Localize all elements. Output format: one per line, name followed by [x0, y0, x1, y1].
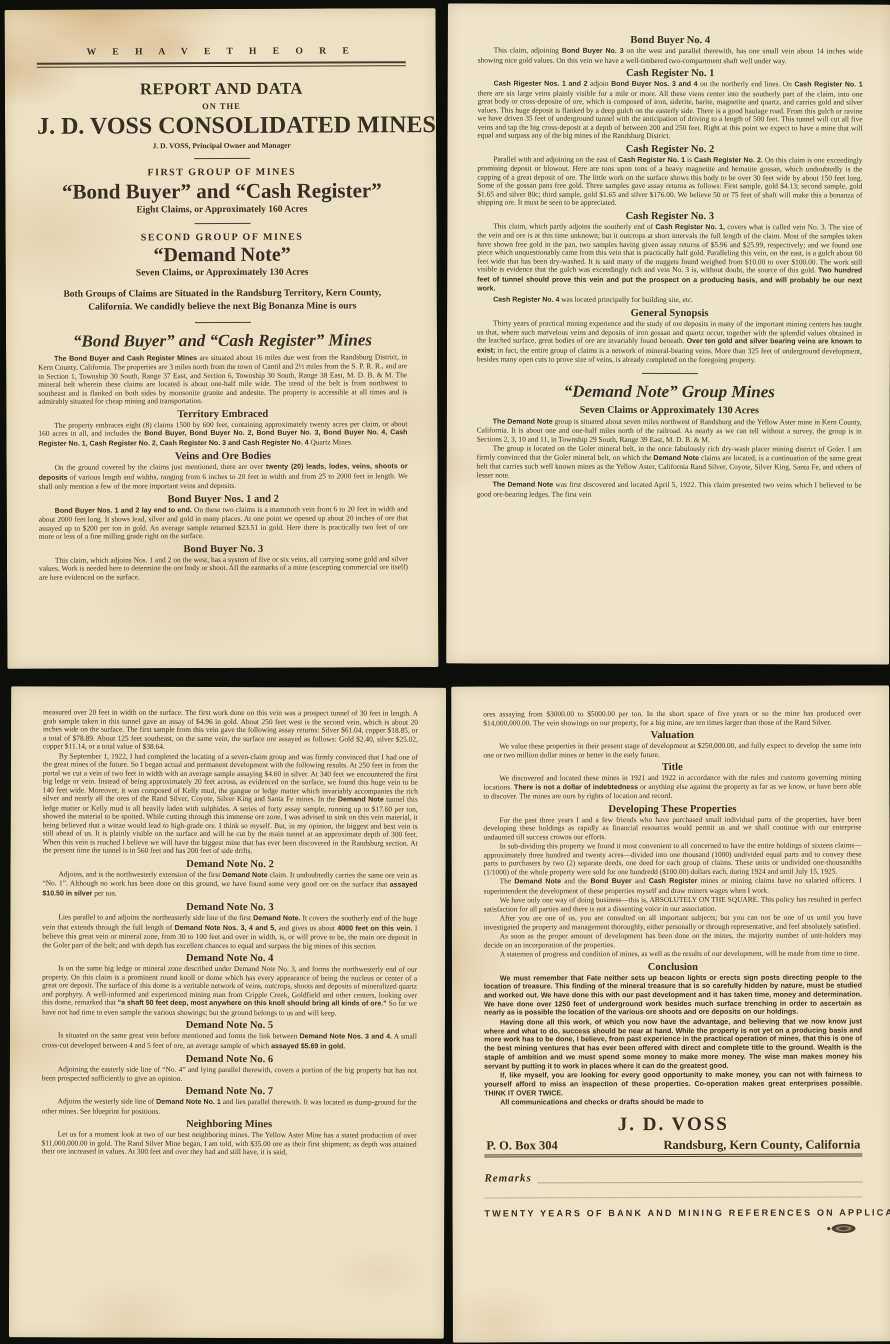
- paragraph: This claim, which adjoins Nos. 1 and 2 o…: [39, 555, 408, 582]
- paragraph: This claim, which partly adjoins the sou…: [477, 222, 862, 295]
- heading-conclusion: Conclusion: [484, 961, 862, 973]
- paragraph: The Bond Buyer and Cash Register Mines a…: [38, 353, 407, 407]
- address-text: Randsburg, Kern County, California: [663, 1138, 860, 1154]
- heading-cash-register-no-1: Cash Register No. 1: [478, 67, 863, 79]
- paragraph: Bond Buyer Nos. 1 and 2 lay end to end. …: [39, 505, 408, 542]
- section-divider-rule: [194, 321, 250, 322]
- page-4-content: ores assaying from $3000.00 to $5000.00 …: [451, 685, 890, 1239]
- paragraph: We value these properties in their prese…: [483, 742, 861, 760]
- group-title: “Demand Note”: [38, 243, 407, 268]
- paragraph: The Demand Note group is situated about …: [477, 417, 862, 445]
- page-scan-front-cover: W E H A V E T H E O R EREPORT AND DATAON…: [5, 8, 439, 669]
- paragraph: We must remember that Fate neither sets …: [484, 973, 862, 1018]
- paragraph: Thirty years of practical mining experie…: [477, 319, 862, 365]
- remarks-row: Remarks: [484, 1172, 862, 1185]
- paragraph: If, like myself, you are looking for eve…: [484, 1071, 862, 1098]
- remarks-blank-line: [538, 1181, 863, 1184]
- paragraph: The Demand Note and the Bond Buyer and C…: [484, 877, 862, 896]
- group-title: “Bond Buyer” and “Cash Register”: [37, 178, 406, 205]
- group-of-mines-label: FIRST GROUP OF MINES: [37, 166, 406, 179]
- paragraph: In sub-dividing this property we found i…: [484, 842, 862, 877]
- motto-text: W E H A V E T H E O R E: [37, 46, 406, 58]
- page-2-content: Bond Buyer No. 4This claim, adjoining Bo…: [447, 3, 890, 499]
- paragraph: The group is located on the Goler minera…: [477, 444, 862, 480]
- references-footer-line: TWENTY YEARS OF BANK AND MINING REFERENC…: [485, 1208, 863, 1219]
- section-divider-rule: [194, 223, 250, 224]
- remarks-label: Remarks: [484, 1172, 531, 1184]
- heading-demand-note-no-2: Demand Note No. 2: [43, 858, 418, 870]
- paragraph: Lies parallel to and adjoins the northea…: [42, 913, 417, 950]
- paragraph: As soon as the proper amount of developm…: [484, 932, 862, 950]
- paragraph: ores assaying from $3000.00 to $5000.00 …: [483, 710, 861, 728]
- paragraph: measured over 20 feet in width on the su…: [43, 708, 418, 752]
- heading-cash-register-no-2: Cash Register No. 2: [477, 143, 862, 155]
- heading-demand-note-group-mines: “Demand Note” Group Mines: [477, 381, 862, 402]
- paragraph: This claim, adjoining Bond Buyer No. 3 o…: [478, 46, 863, 65]
- paragraph: Is on the same big ledge or mineral zone…: [42, 964, 417, 1017]
- paragraph: Adjoins the westerly side line of Demand…: [42, 1097, 417, 1116]
- group-of-mines-label: SECOND GROUP OF MINES: [38, 231, 407, 244]
- ruled-line: [484, 1197, 862, 1199]
- paragraph: Parallel with and adjoining on the east …: [477, 155, 862, 208]
- report-title: REPORT AND DATA: [37, 78, 406, 100]
- heading-cash-register-no-3: Cash Register No. 3: [477, 210, 862, 222]
- contact-row: P. O. Box 304Randsburg, Kern County, Cal…: [484, 1138, 862, 1158]
- paragraph: We discovered and located these mines in…: [483, 774, 861, 801]
- paragraph: Cash Rigester Nos. 1 and 2 adjoin Bond B…: [478, 79, 863, 141]
- paragraph: For the past three years I and a few fri…: [483, 815, 861, 841]
- heading-veins-and-ore-bodies: Veins and Ore Bodies: [38, 450, 407, 463]
- po-box-text: P. O. Box 304: [486, 1138, 557, 1153]
- paragraph: Cash Register No. 4 was located principa…: [477, 295, 862, 306]
- heading-developing-these-properties: Developing These Properties: [483, 803, 861, 815]
- page-1-content: W E H A V E T H E O R EREPORT AND DATAON…: [5, 8, 438, 582]
- paragraph: The property embraces eight (8) claims 1…: [38, 420, 407, 449]
- claims-subheading: Seven Claims or Approximately 130 Acres: [477, 404, 862, 416]
- masthead-rule: [37, 61, 406, 68]
- owner-byline: J. D. VOSS, Principal Owner and Manager: [37, 140, 406, 151]
- paragraph: By September 1, 1922, I had completed th…: [43, 752, 418, 856]
- page-scan-2: Bond Buyer No. 4This claim, adjoining Bo…: [446, 3, 890, 664]
- on-the-label: ON THE: [37, 100, 406, 112]
- section-divider-rule: [641, 372, 697, 373]
- page-scan-back-cover: ores assaying from $3000.00 to $5000.00 …: [451, 685, 890, 1342]
- group-subtitle: Eight Claims, or Approximately 160 Acres: [37, 204, 406, 216]
- scan-board: { "background_color": "#0d0e0a", "paper_…: [0, 0, 890, 1344]
- paragraph: Adjoining the easterly side line of “No.…: [42, 1065, 417, 1083]
- company-name-title: J. D. VOSS CONSOLIDATED MINES: [37, 112, 406, 141]
- page-scan-3: measured over 20 feet in width on the su…: [9, 686, 446, 1339]
- location-statement: Both Groups of Claims are Situated in th…: [42, 287, 403, 314]
- heading-bond-buyer-and-cash-register-mines: “Bond Buyer” and “Cash Register” Mines: [38, 330, 407, 352]
- paragraph: We have only one way of doing business—t…: [484, 896, 862, 914]
- page-3-content: measured over 20 feet in width on the su…: [9, 686, 446, 1157]
- signature-name: J. D. VOSS: [484, 1114, 862, 1137]
- printers-union-bug-icon: [485, 1221, 857, 1240]
- paragraph: On the ground covered by the claims just…: [39, 462, 408, 491]
- paragraph: Is situated on the same great vein befor…: [42, 1031, 417, 1051]
- paragraph: Let us for a moment look at two of our b…: [41, 1130, 416, 1157]
- paragraph: A statemen of progress and condition of …: [484, 950, 862, 959]
- group-subtitle: Seven Claims, or Approximately 130 Acres: [38, 267, 407, 279]
- paragraph: Adjoins, and is the northwesterly extens…: [42, 870, 417, 900]
- paragraph: The Demand Note was first discovered and…: [477, 480, 862, 499]
- paragraph: After you are one of us, you are consult…: [484, 914, 862, 932]
- paragraph: All communications and checks or drafts …: [484, 1098, 862, 1108]
- section-divider-rule: [194, 158, 250, 159]
- paragraph: Having done all this work, of which you …: [484, 1018, 862, 1071]
